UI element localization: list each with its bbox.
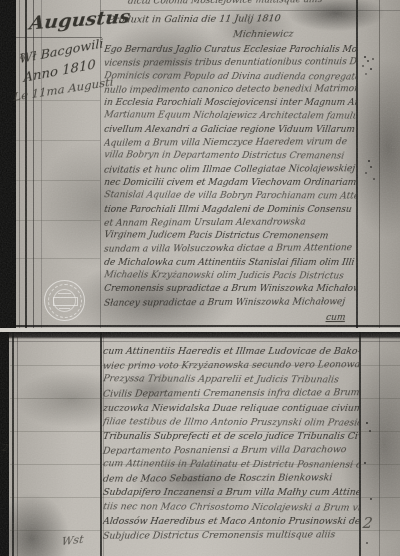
photo-top-edge <box>0 332 400 339</box>
book-gutter-top <box>0 0 16 328</box>
body-line: Ego Bernardus Jaglio Curatus Ecclesiae P… <box>103 44 357 57</box>
body-line: filiae testibus de Illmo Antonio Pruszyn… <box>102 415 360 430</box>
body-line: Subdapifero Inczanensi a Brum villa Małh… <box>102 486 360 500</box>
body-line: Słancey supradictae a Brum Winiszowka Mi… <box>103 296 357 311</box>
body-line: Aldossów Haeredibus et Maco Antonio Prus… <box>102 515 360 529</box>
catchword: cum <box>325 313 346 323</box>
body-line: tione Parochiali Illmi Magdaleni de Domi… <box>103 204 357 217</box>
body-line: sundam a villa Wolsuczowka dictae a Brum… <box>103 243 357 258</box>
body-line: Michaelis Krzyżanowski olim Judicis Paci… <box>103 269 357 284</box>
body-line: civellum Alexandri a Galiciae regione Vi… <box>103 124 357 137</box>
body-line: nullo impedimento canonico detecto bened… <box>103 83 357 98</box>
body-line: de Michalowka cum Attinentiis Stanislai … <box>103 257 357 270</box>
ink-specks <box>364 56 366 58</box>
body-line: civitatis et hunc olim Illmae Collegiata… <box>103 163 357 178</box>
priest-signature: Michniewicz <box>232 29 294 41</box>
margin-note: Wst <box>61 533 84 548</box>
entry-body-top: Ego Bernardus Jaglio Curatus Ecclesiae P… <box>104 44 356 310</box>
ink-specks <box>366 422 368 424</box>
body-line: in Ecclesia Parochiali Mosciejovicensi i… <box>103 97 357 110</box>
body-line: zuczowka Niewidalska Duae reliquae conti… <box>102 402 360 416</box>
page-number: 2 <box>362 514 374 532</box>
body-line: Martianum Equum Nicholajewicz Architecta… <box>103 110 357 125</box>
body-line: Stanislai Aquilae de villa Bobryn Paroch… <box>103 190 357 205</box>
register-page-top: 8 Augustus Wł Bacgowili Anno 1810 Le 11m… <box>0 0 400 328</box>
manuscript-scan: 8 Augustus Wł Bacgowili Anno 1810 Le 11m… <box>0 0 400 556</box>
body-line: Dominicis coram Populo ad Divina audiend… <box>103 70 357 85</box>
register-page-bottom: 2 Wst cum Attinentiis Haeredis et Illmae… <box>0 332 400 556</box>
presented-line: Produxit in Galinia die 11 Julij 1810 <box>107 13 281 26</box>
ink-specks <box>368 160 370 162</box>
entry-body-bottom: cum Attinentiis Haeredis et Illmae Ludov… <box>103 345 359 543</box>
body-line: Civilis Departamenti Cremanensis infra d… <box>102 387 360 403</box>
body-line: Subjudice Districtus Cremonensis multisq… <box>102 528 360 544</box>
body-line: nec Domicilii civem et Magdam Viechovam … <box>103 177 357 190</box>
page-bottom-edge <box>0 325 400 327</box>
body-line: dem de Maco Sebastiano de Rosczin Bienko… <box>102 471 360 487</box>
body-line: Tribunalis Subprefecti et de scelo judic… <box>102 430 360 444</box>
archive-stamp-icon <box>44 280 85 321</box>
body-line: tiis nec non Maco Chrisostomo Nicolajews… <box>102 500 360 515</box>
body-line: cum Attinentiis Haeredis et Illmae Ludov… <box>102 345 360 359</box>
body-line: villa Bobryn in Departamento Districtus … <box>103 150 357 165</box>
edge-mark: 2 <box>1 444 8 454</box>
body-line: Cremonensis supradictae a Brum Winiszowk… <box>103 283 357 296</box>
body-line: vicensis praemissis tribus denuntiationi… <box>103 57 357 72</box>
